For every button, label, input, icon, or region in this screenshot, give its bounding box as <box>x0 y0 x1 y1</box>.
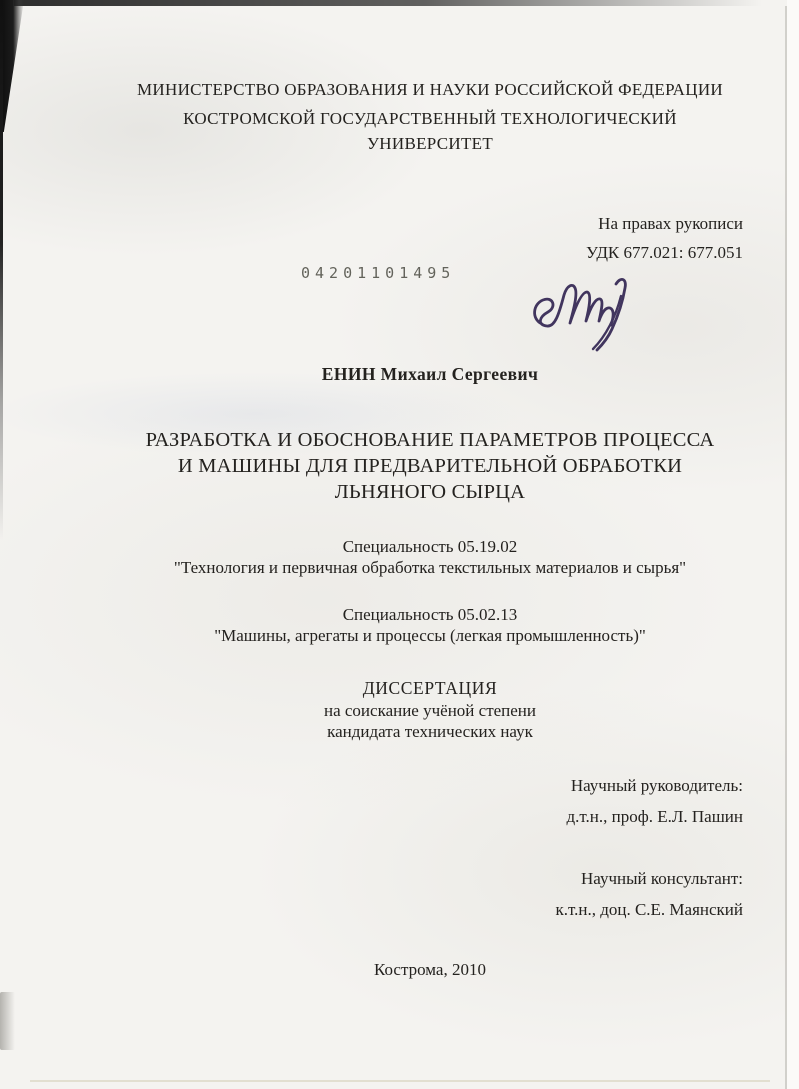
university-heading-line2: УНИВЕРСИТЕТ <box>70 131 790 156</box>
scan-edge-corner <box>0 0 24 132</box>
supervisor-label: Научный руководитель: <box>571 775 743 797</box>
dissertation-purpose-line1: на соискание учёной степени <box>70 700 790 722</box>
manuscript-rights-note: На правах рукописи <box>598 213 743 235</box>
dissertation-title-line2: И МАШИНЫ ДЛЯ ПРЕДВАРИТЕЛЬНОЙ ОБРАБОТКИ <box>70 454 790 480</box>
dissertation-heading: ДИССЕРТАЦИЯ <box>70 678 790 699</box>
specialty1-name: "Технология и первичная обработка тексти… <box>70 557 790 579</box>
dissertation-title-line1: РАЗРАБОТКА И ОБОСНОВАНИЕ ПАРАМЕТРОВ ПРОЦ… <box>70 428 790 454</box>
udc-number: УДК 677.021: 677.051 <box>586 242 743 264</box>
signature-icon <box>528 262 640 352</box>
scan-edge-top <box>14 0 762 6</box>
scan-edge-bottom <box>30 1080 770 1082</box>
dissertation-title-line3: ЛЬНЯНОГО СЫРЦА <box>70 480 790 506</box>
author-name: ЕНИН Михаил Сергеевич <box>70 364 790 385</box>
scan-edge-left <box>0 0 3 540</box>
scan-edge-left-bottom <box>0 992 15 1050</box>
specialty1-code: Специальность 05.19.02 <box>70 536 790 558</box>
specialty2-name: "Машины, агрегаты и процессы (легкая про… <box>70 625 790 647</box>
specialty2-code: Специальность 05.02.13 <box>70 604 790 626</box>
dissertation-purpose-line2: кандидата технических наук <box>70 721 790 743</box>
ministry-heading: МИНИСТЕРСТВО ОБРАЗОВАНИЯ И НАУКИ РОССИЙС… <box>70 77 790 102</box>
university-heading-line1: КОСТРОМСКОЙ ГОСУДАРСТВЕННЫЙ ТЕХНОЛОГИЧЕС… <box>70 106 790 131</box>
supervisor-name: д.т.н., проф. Е.Л. Пашин <box>566 806 743 828</box>
registration-number: 04201101495 <box>301 264 455 282</box>
consultant-name: к.т.н., доц. С.Е. Маянский <box>555 899 743 921</box>
consultant-label: Научный консультант: <box>581 868 743 890</box>
scanned-title-page: МИНИСТЕРСТВО ОБРАЗОВАНИЯ И НАУКИ РОССИЙС… <box>0 0 799 1089</box>
city-year-footer: Кострома, 2010 <box>70 959 790 981</box>
